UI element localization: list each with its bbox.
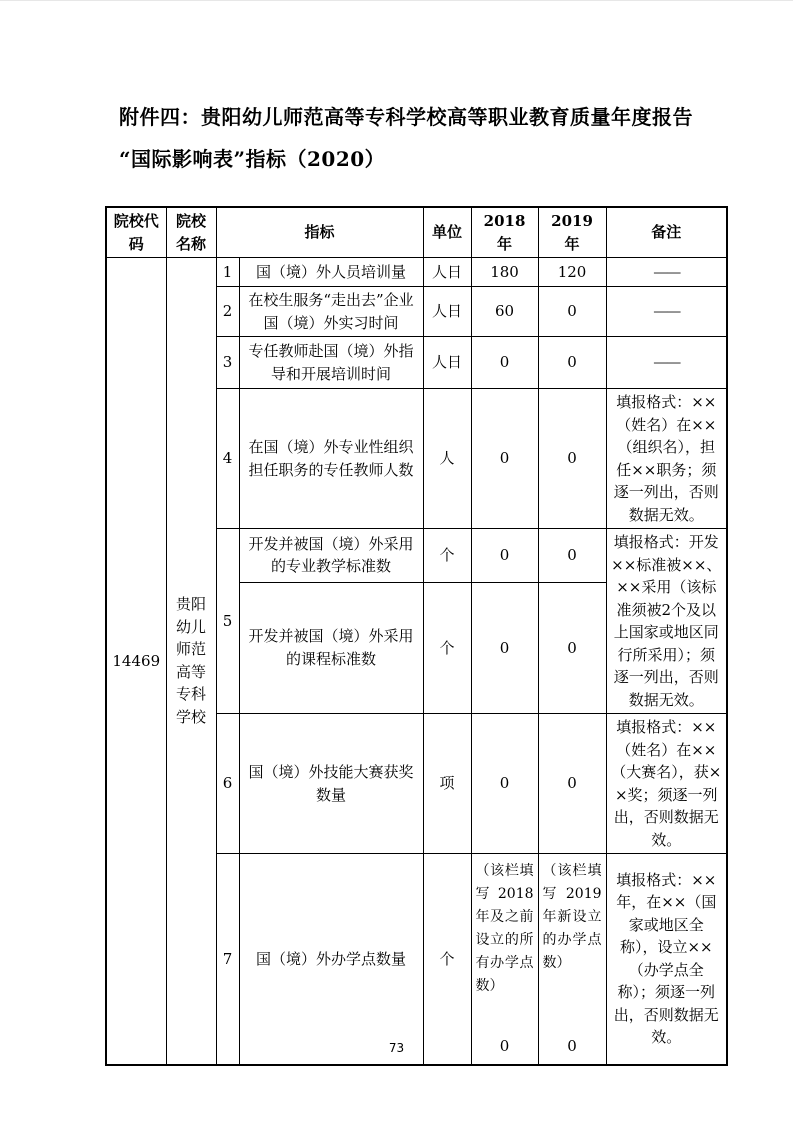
remark-cell: ——	[606, 337, 727, 389]
value-2018-cell: 0	[471, 714, 538, 854]
remark-cell: 填报格式：××年，在××（国家或地区全称），设立××（办学点全称）；须逐一列出，…	[606, 854, 727, 1065]
col-header-remark: 备注	[606, 207, 727, 258]
remark-cell: ——	[606, 258, 727, 287]
row-number: 3	[216, 337, 239, 389]
indicator-cell: 在校生服务“走出去”企业国（境）外实习时间	[239, 287, 423, 337]
indicator-cell: 国（境）外人员培训量	[239, 258, 423, 287]
value-2019-cell: 0	[538, 389, 606, 529]
remark-cell: 填报格式：××（姓名）在××（组织名），担任××职务；须逐一列出，否则数据无效。	[606, 389, 727, 529]
indicator-cell: 开发并被国（境）外采用的课程标准数	[239, 582, 423, 713]
unit-cell: 人日	[423, 258, 471, 287]
row-number: 6	[216, 714, 239, 854]
institution-name: 贵阳幼儿师范高等专科学校	[166, 258, 216, 1065]
document-page: 附件四：贵阳幼儿师范高等专科学校高等职业教育质量年度报告 “国际影响表”指标（2…	[0, 0, 793, 1122]
value-2019-cell: 0	[538, 529, 606, 583]
value-2018-cell: 60	[471, 287, 538, 337]
row-number: 1	[216, 258, 239, 287]
international-influence-table: 院校代码 院校名称 指标 单位 2018 年 2019 年 备注 14469 贵…	[105, 206, 728, 1066]
institution-code: 14469	[106, 258, 166, 1065]
value-2018-cell: 0	[471, 389, 538, 529]
remark-cell: 填报格式：××（姓名）在××（大赛名），获××奖；须逐一列出，否则数据无效。	[606, 714, 727, 854]
unit-cell: 个	[423, 582, 471, 713]
value-2019-cell: 0	[538, 287, 606, 337]
col-header-2018: 2018 年	[471, 207, 538, 258]
value-2019-cell: 0	[538, 582, 606, 713]
value-2019-cell: 0	[538, 714, 606, 854]
unit-cell: 个	[423, 529, 471, 583]
title-line-1: 附件四：贵阳幼儿师范高等专科学校高等职业教育质量年度报告	[119, 96, 719, 138]
value-2019-cell: 0	[538, 337, 606, 389]
indicator-cell: 国（境）外技能大赛获奖数量	[239, 714, 423, 854]
page-number: 73	[0, 1041, 793, 1055]
value-2018-cell: 180	[471, 258, 538, 287]
col-header-indicator: 指标	[216, 207, 423, 258]
indicator-cell: 专任教师赴国（境）外指导和开展培训时间	[239, 337, 423, 389]
value-2018-cell: 0	[471, 582, 538, 713]
unit-cell: 人日	[423, 337, 471, 389]
value-2018-cell: 0	[471, 529, 538, 583]
value-2018-cell: （该栏填写2018年及之前设立的所有办学点数） 0	[471, 854, 538, 1065]
unit-cell: 项	[423, 714, 471, 854]
value-2019-cell: 120	[538, 258, 606, 287]
row-number: 5	[216, 529, 239, 714]
col-header-code: 院校代码	[106, 207, 166, 258]
value-2018-cell: 0	[471, 337, 538, 389]
col-header-name: 院校名称	[166, 207, 216, 258]
title-line-2: “国际影响表”指标（2020）	[119, 138, 719, 180]
row-number: 7	[216, 854, 239, 1065]
table-row: 14469 贵阳幼儿师范高等专科学校 1 国（境）外人员培训量 人日 180 1…	[106, 258, 727, 287]
remark-cell: ——	[606, 287, 727, 337]
value-2019-cell: （该栏填写2019年新设立的办学点数） 0	[538, 854, 606, 1065]
indicator-cell: 在国（境）外专业性组织担任职务的专任教师人数	[239, 389, 423, 529]
row-number: 2	[216, 287, 239, 337]
col-header-2019: 2019 年	[538, 207, 606, 258]
indicator-cell: 开发并被国（境）外采用的专业教学标准数	[239, 529, 423, 583]
indicator-cell: 国（境）外办学点数量	[239, 854, 423, 1065]
value-2019-note: （该栏填写2019年新设立的办学点数）	[543, 860, 602, 975]
remark-cell: 填报格式：开发××标准被××、××采用（该标准须被2个及以上国家或地区同行所采用…	[606, 529, 727, 714]
row-number: 4	[216, 389, 239, 529]
col-header-unit: 单位	[423, 207, 471, 258]
unit-cell: 人日	[423, 287, 471, 337]
unit-cell: 个	[423, 854, 471, 1065]
value-2018-note: （该栏填写2018年及之前设立的所有办学点数）	[476, 860, 534, 998]
document-title: 附件四：贵阳幼儿师范高等专科学校高等职业教育质量年度报告 “国际影响表”指标（2…	[119, 96, 719, 180]
unit-cell: 人	[423, 389, 471, 529]
